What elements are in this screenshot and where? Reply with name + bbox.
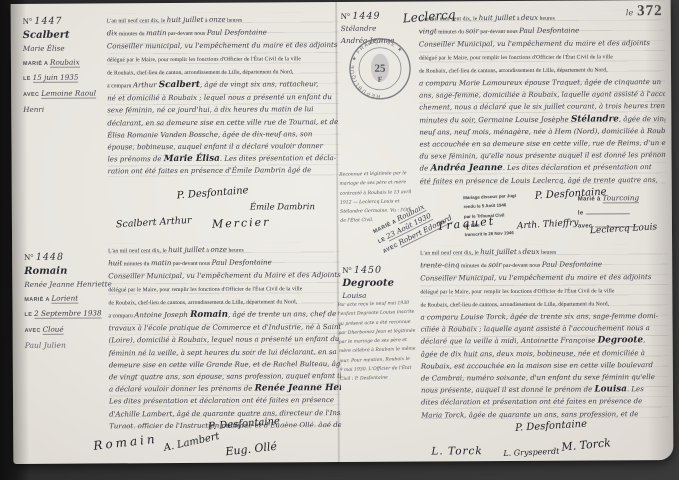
record-1448-body: L'an mil neuf cent dix, le huit juillet … [108, 242, 341, 428]
record-1447-body: L'an mil neuf cent dix, le huit juillet … [107, 12, 340, 179]
record-1450: N° 1450DegrooteLouisa Par acte reçu le n… [11, 0, 671, 4]
signature-witness: Arth. Thieffry [517, 218, 579, 232]
signature-witness: Émile Dambrin [250, 202, 315, 212]
signature-officer: P. Desfontaine [515, 419, 587, 434]
record-1450-marginal-note: Par acte reçu le neuf mai 1930l'enfant D… [337, 296, 424, 382]
signature-witness: Eug. Ollé [225, 440, 278, 459]
signature-father: Scalbert Arthur [116, 215, 192, 230]
record-1447-margin: N° 1447ScalbertMarie ÉliseMARIÉ A Roubai… [23, 13, 108, 115]
record-1450-body: L'an mil neuf cent dix, le huit juillet … [420, 244, 669, 422]
signature-witness: Mercier [212, 215, 271, 230]
record-1449: N° 1449StélandreAndréa Jeanne Leclercq R… [11, 0, 671, 4]
signature-witness: M. Torck [561, 436, 611, 454]
record-1447: N° 1447ScalbertMarie ÉliseMARIÉ A Roubai… [11, 0, 671, 4]
seal-unit: F [378, 75, 383, 84]
registry-page: le 372 N° 1447ScalbertMarie ÉliseMARIÉ A… [11, 0, 674, 464]
signature-declarant: L. Torck [431, 445, 482, 457]
signature-witness: A. Lambert [163, 431, 221, 454]
seal-value: 25 [374, 63, 386, 75]
signature-witness: L. Gryspeerdt [503, 447, 559, 458]
fiscal-stamp-seal: RÉPUBLIQUE ★ FRANÇAISE ★ 25 F [347, 36, 413, 102]
signature-father: Romain [93, 432, 159, 453]
record-1448-margin: N° 1448RomainRenée Jeanne HenrietteMARIÉ… [24, 249, 109, 351]
signature-officer: P. Desfontaine [176, 185, 248, 201]
record-1449-body: L'an mil neuf cent dix, le huit juillet … [419, 10, 666, 187]
record-1448: N° 1448RomainRenée Jeanne HenrietteMARIÉ… [11, 0, 671, 4]
